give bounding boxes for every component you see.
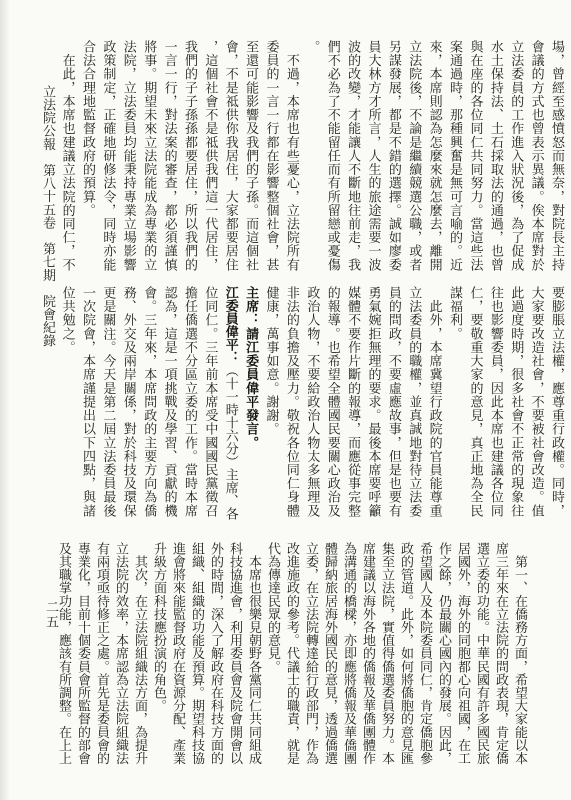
- text-column: 有兩項亟待修正之處。首先是委員會的: [95, 542, 109, 770]
- text-column: 場，曾經至感憤怒而無奈，對院長主持: [550, 40, 564, 276]
- text-column: 法院，立法委員均能秉持專業立場影響: [122, 40, 136, 276]
- text-column: 為溝通的橋樑，亦即應將僑報及華僑團: [342, 542, 356, 770]
- text-column: 科技協進會，利用委員會及院會開會以: [228, 542, 242, 770]
- text-column: 水土保持法、土石採取法的通過，也曾: [489, 40, 503, 276]
- text-column: 代為傳達民眾的意見。: [266, 542, 280, 770]
- text-column: 作之餘，仍最關心國內的發展。因此，: [437, 542, 451, 770]
- text-column: 位共勉之。: [61, 286, 75, 522]
- text-band-middle: 要膨脹立法權，應尊重行政權。同時，大家要改造社會，不要被社會改造。值此過度時期，…: [54, 286, 564, 522]
- text-column: 至還可能影響及我們的子孫。而這個社: [244, 40, 258, 276]
- text-column: 第一、在僑務方面，希望大家能以本: [513, 542, 527, 770]
- text-column: 政的管道。此外，如何將僑胞的意見匯: [399, 542, 413, 770]
- text-column: 員的問政，不要虛應故事，但是也要有: [387, 286, 401, 522]
- text-column: 在此，本席也建議立法院的同仁，不: [61, 40, 75, 276]
- text-column: 此外，本席冀望行政院的官員能尊重: [428, 286, 442, 522]
- text-column: 案通過時，那種興奮是無可言喻的。近: [448, 40, 462, 276]
- text-column: 會。三年來，本席問政的主要方向為僑: [142, 286, 156, 522]
- text-column: 外的時間，深入了解政府在科技方面的: [209, 542, 223, 770]
- scan-edge-shadow: [0, 0, 10, 800]
- text-column: 會議的方式也曾表示異議。俟本席對於: [530, 40, 544, 276]
- scanned-gazette-page: 立法院公報 第八十五卷 第七期 院會紀錄 二五 場，曾經至感憤怒而無奈，對院長主…: [0, 0, 571, 800]
- text-column: 政策制定，正確地研修法令，同時亦能: [101, 40, 115, 276]
- text-column: 席三年來在立法院的問政表現，肯定僑: [494, 542, 508, 770]
- text-column: 與在座的各位同仁共同努力。當這些法: [468, 40, 482, 276]
- text-column: 委員的一言一行都在影響整個社會，甚: [265, 40, 279, 276]
- text-column: 另謀發展，都是不錯的選擇。誠如廖委: [387, 40, 401, 276]
- text-column: 進會將來能監督政府在資源分配、產業: [171, 542, 185, 770]
- text-column: 擔任僑選不分區立委的工作。當時本席: [183, 286, 197, 522]
- text-column: 及其職掌功能，應該有所調整。在上上: [57, 542, 71, 770]
- text-column: 的報導。也希望全體國民要關心政治及: [326, 286, 340, 522]
- text-band-lower: 第一、在僑務方面，希望大家能以本席三年來在立法院的問政表現，肯定僑選立委的功能。…: [52, 542, 527, 770]
- text-column: 此過度時期，很多社會不正常的現象往: [509, 286, 523, 522]
- text-column: 員大林方才所言，人生的旅途需要一波: [366, 40, 380, 276]
- text-column: 謀福利。: [448, 286, 462, 522]
- text-column: 們不必為了不能留任而有所留戀或憂傷: [326, 40, 340, 276]
- text-column: 認為，這是一項挑戰及學習、貢獻的機: [163, 286, 177, 522]
- text-column: 不過，本席也有些憂心，立法院所有: [285, 40, 299, 276]
- text-column: 政治人物，不要給政治人物太多無理及: [305, 286, 319, 522]
- text-column: 其次，在立法院組織法方面，為提升: [133, 542, 147, 770]
- text-column: 專業化，目前十個委員會所監督的部會: [76, 542, 90, 770]
- text-column: 波的改變，才能讓人不斷地往前走，我: [346, 40, 360, 276]
- speaker-name: 江委員偉平：: [224, 286, 239, 364]
- text-column: 組織、組織的功能及預算。期望科技協: [190, 542, 204, 770]
- text-column: 務、外交及兩岸關係，對於科技及環保: [122, 286, 136, 522]
- text-column: 選立委的功能。中華民國有許多國民旅: [475, 542, 489, 770]
- text-column: 立法委員的工作進入狀況後，為了促成: [509, 40, 523, 276]
- text-column: 會，不是祗供你我居住，大家都要居住: [224, 40, 238, 276]
- text-column: 。: [305, 40, 319, 276]
- text-column: 更是關注。今天是第二屆立法委員最後: [101, 286, 115, 522]
- text-column: ，這個社會不是祗供我們這一代居住，: [203, 40, 217, 276]
- text-column: 非法的負擔及壓力。敬祝各位同仁身體: [285, 286, 299, 522]
- text-column: 合法合理地監督政府的預算。: [81, 40, 95, 276]
- text-column: 一言一行，對法案的審查，都必須謹慎: [163, 40, 177, 276]
- text-column: 本席也很樂見朝野各黨同仁共同組成: [247, 542, 261, 770]
- text-column: 居國外，海外的同胞都心向祖國，在工: [456, 542, 470, 770]
- text-column: 希望國人及本院委員同仁，肯定僑胞參: [418, 542, 432, 770]
- text-column: 勇氣婉拒無理的要求。最後本席要呼籲: [366, 286, 380, 522]
- text-band-upper: 場，曾經至感憤怒而無奈，對院長主持會議的方式也曾表示異議。俟本席對於立法委員的工…: [54, 40, 564, 276]
- text-column: 集至立法院，實值得僑選委員努力。本: [380, 542, 394, 770]
- text-column: 升級方面科技應扮演的角色。: [152, 542, 166, 770]
- text-column: 立委，在立法院轉達給行政部門，作為: [304, 542, 318, 770]
- text-column: 將事。期望未來立法院能成為專業的立: [142, 40, 156, 276]
- text-column: 仁，要敬重大家的意見，真正地為全民: [468, 286, 482, 522]
- text-column: 我們的子子孫孫都要居住，所以我們的: [183, 40, 197, 276]
- text-column: 江委員偉平：（十一時十六分）主席、各: [224, 286, 238, 522]
- text-column: 體歸納旅居海外國民的意見，透過僑選: [323, 542, 337, 770]
- text-column: 立法院後，不論是繼續競選公職，或者: [407, 40, 421, 276]
- text-column: 來，本席則認為怎麼來就怎麼去，離開: [428, 40, 442, 276]
- text-column: 大家要改造社會，不要被社會改造。值: [530, 286, 544, 522]
- text-column: 席建議以海外各地的僑報及華僑團體作: [361, 542, 375, 770]
- text-column: 改進施政的參考。代議士的職責，就是: [285, 542, 299, 770]
- text-column: 要膨脹立法權，應尊重行政權。同時，: [550, 286, 564, 522]
- text-column: 立法院的效率，本席認為立法院組織法: [114, 542, 128, 770]
- text-column: 一次院會，本席謹提出以下四點，與諸: [81, 286, 95, 522]
- text-column: 立法委員的職權，並真誠地對待立法委: [407, 286, 421, 522]
- text-column: 健康，萬事如意。謝謝。: [265, 286, 279, 522]
- text-column: 媒體不要作片斷的報導，而應從事完整: [346, 286, 360, 522]
- text-column: 位同仁。三年前本席受中國國民黨徵召: [203, 286, 217, 522]
- speaker-line: 主席：請江委員偉平發言。: [244, 286, 258, 522]
- text-column: 往也影響委員，因此本席也建議各位同: [489, 286, 503, 522]
